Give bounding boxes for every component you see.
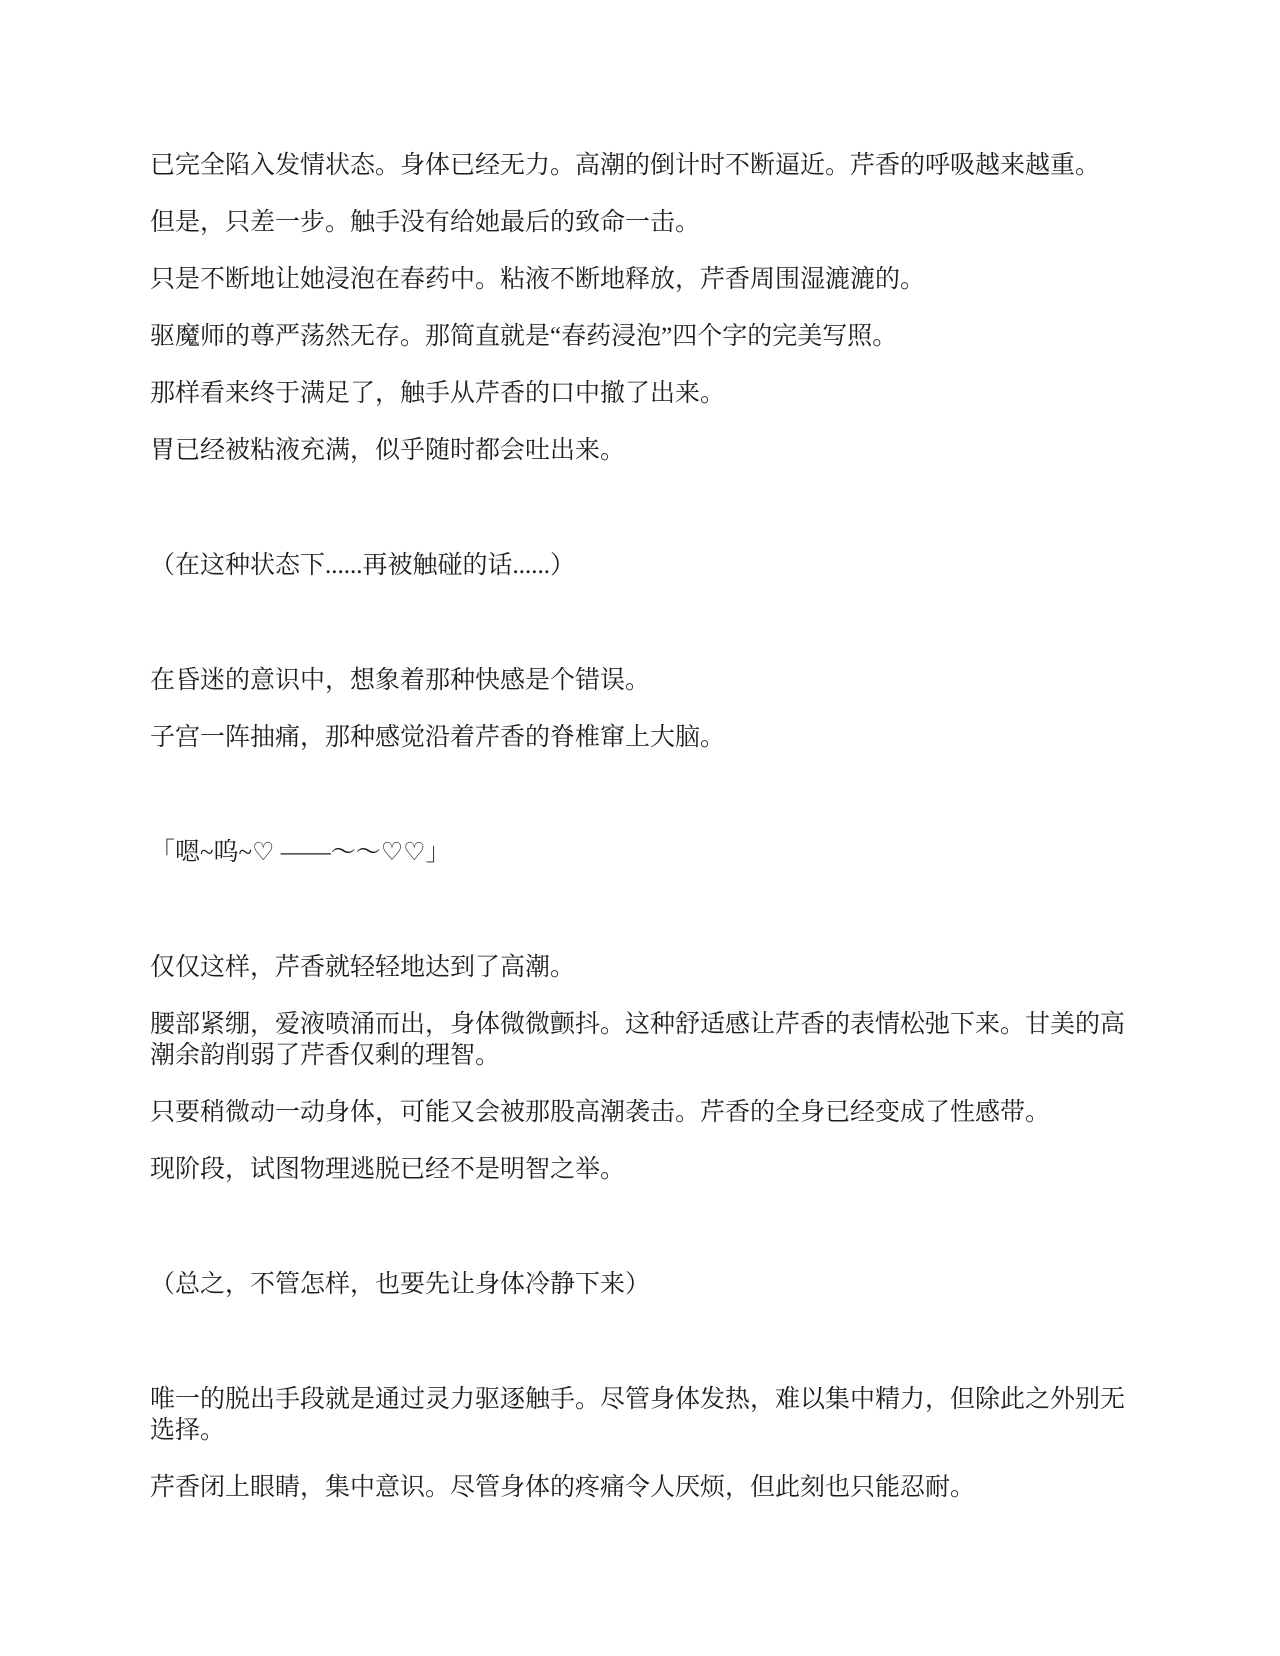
paragraph: 现阶段，试图物理逃脱已经不是明智之举。 (150, 1154, 1135, 1185)
paragraph: （总之，不管怎样，也要先让身体冷静下来） (150, 1269, 1135, 1300)
paragraph: 已完全陷入发情状态。身体已经无力。高潮的倒计时不断逼近。芹香的呼吸越来越重。 (150, 150, 1135, 181)
paragraph: （在这种状态下......再被触碰的话......） (150, 550, 1135, 581)
paragraph: 仅仅这样，芹香就轻轻地达到了高潮。 (150, 952, 1135, 983)
paragraph: 只要稍微动一动身体，可能又会被那股高潮袭击。芹香的全身已经变成了性感带。 (150, 1097, 1135, 1128)
paragraph: 那样看来终于满足了，触手从芹香的口中撤了出来。 (150, 378, 1135, 409)
paragraph: 在昏迷的意识中，想象着那种快感是个错误。 (150, 665, 1135, 696)
paragraph: 「嗯~呜~♡ ——～～♡♡」 (150, 837, 1135, 868)
paragraph: 胃已经被粘液充满，似乎随时都会吐出来。 (150, 435, 1135, 466)
paragraph: 唯一的脱出手段就是通过灵力驱逐触手。尽管身体发热，难以集中精力，但除此之外别无 … (150, 1384, 1135, 1446)
paragraph: 只是不断地让她浸泡在春药中。粘液不断地释放，芹香周围湿漉漉的。 (150, 264, 1135, 295)
paragraph: 驱魔师的尊严荡然无存。那简直就是“春药浸泡”四个字的完美写照。 (150, 321, 1135, 352)
paragraph: 芹香闭上眼睛，集中意识。尽管身体的疼痛令人厌烦，但此刻也只能忍耐。 (150, 1472, 1135, 1503)
text-column: 已完全陷入发情状态。身体已经无力。高潮的倒计时不断逼近。芹香的呼吸越来越重。但是… (150, 150, 1135, 1503)
document-page: 已完全陷入发情状态。身体已经无力。高潮的倒计时不断逼近。芹香的呼吸越来越重。但是… (0, 0, 1280, 1656)
paragraph: 子宫一阵抽痛，那种感觉沿着芹香的脊椎窜上大脑。 (150, 722, 1135, 753)
paragraph: 但是，只差一步。触手没有给她最后的致命一击。 (150, 207, 1135, 238)
paragraph: 腰部紧绷，爱液喷涌而出，身体微微颤抖。这种舒适感让芹香的表情松弛下来。甘美的高 … (150, 1009, 1135, 1071)
